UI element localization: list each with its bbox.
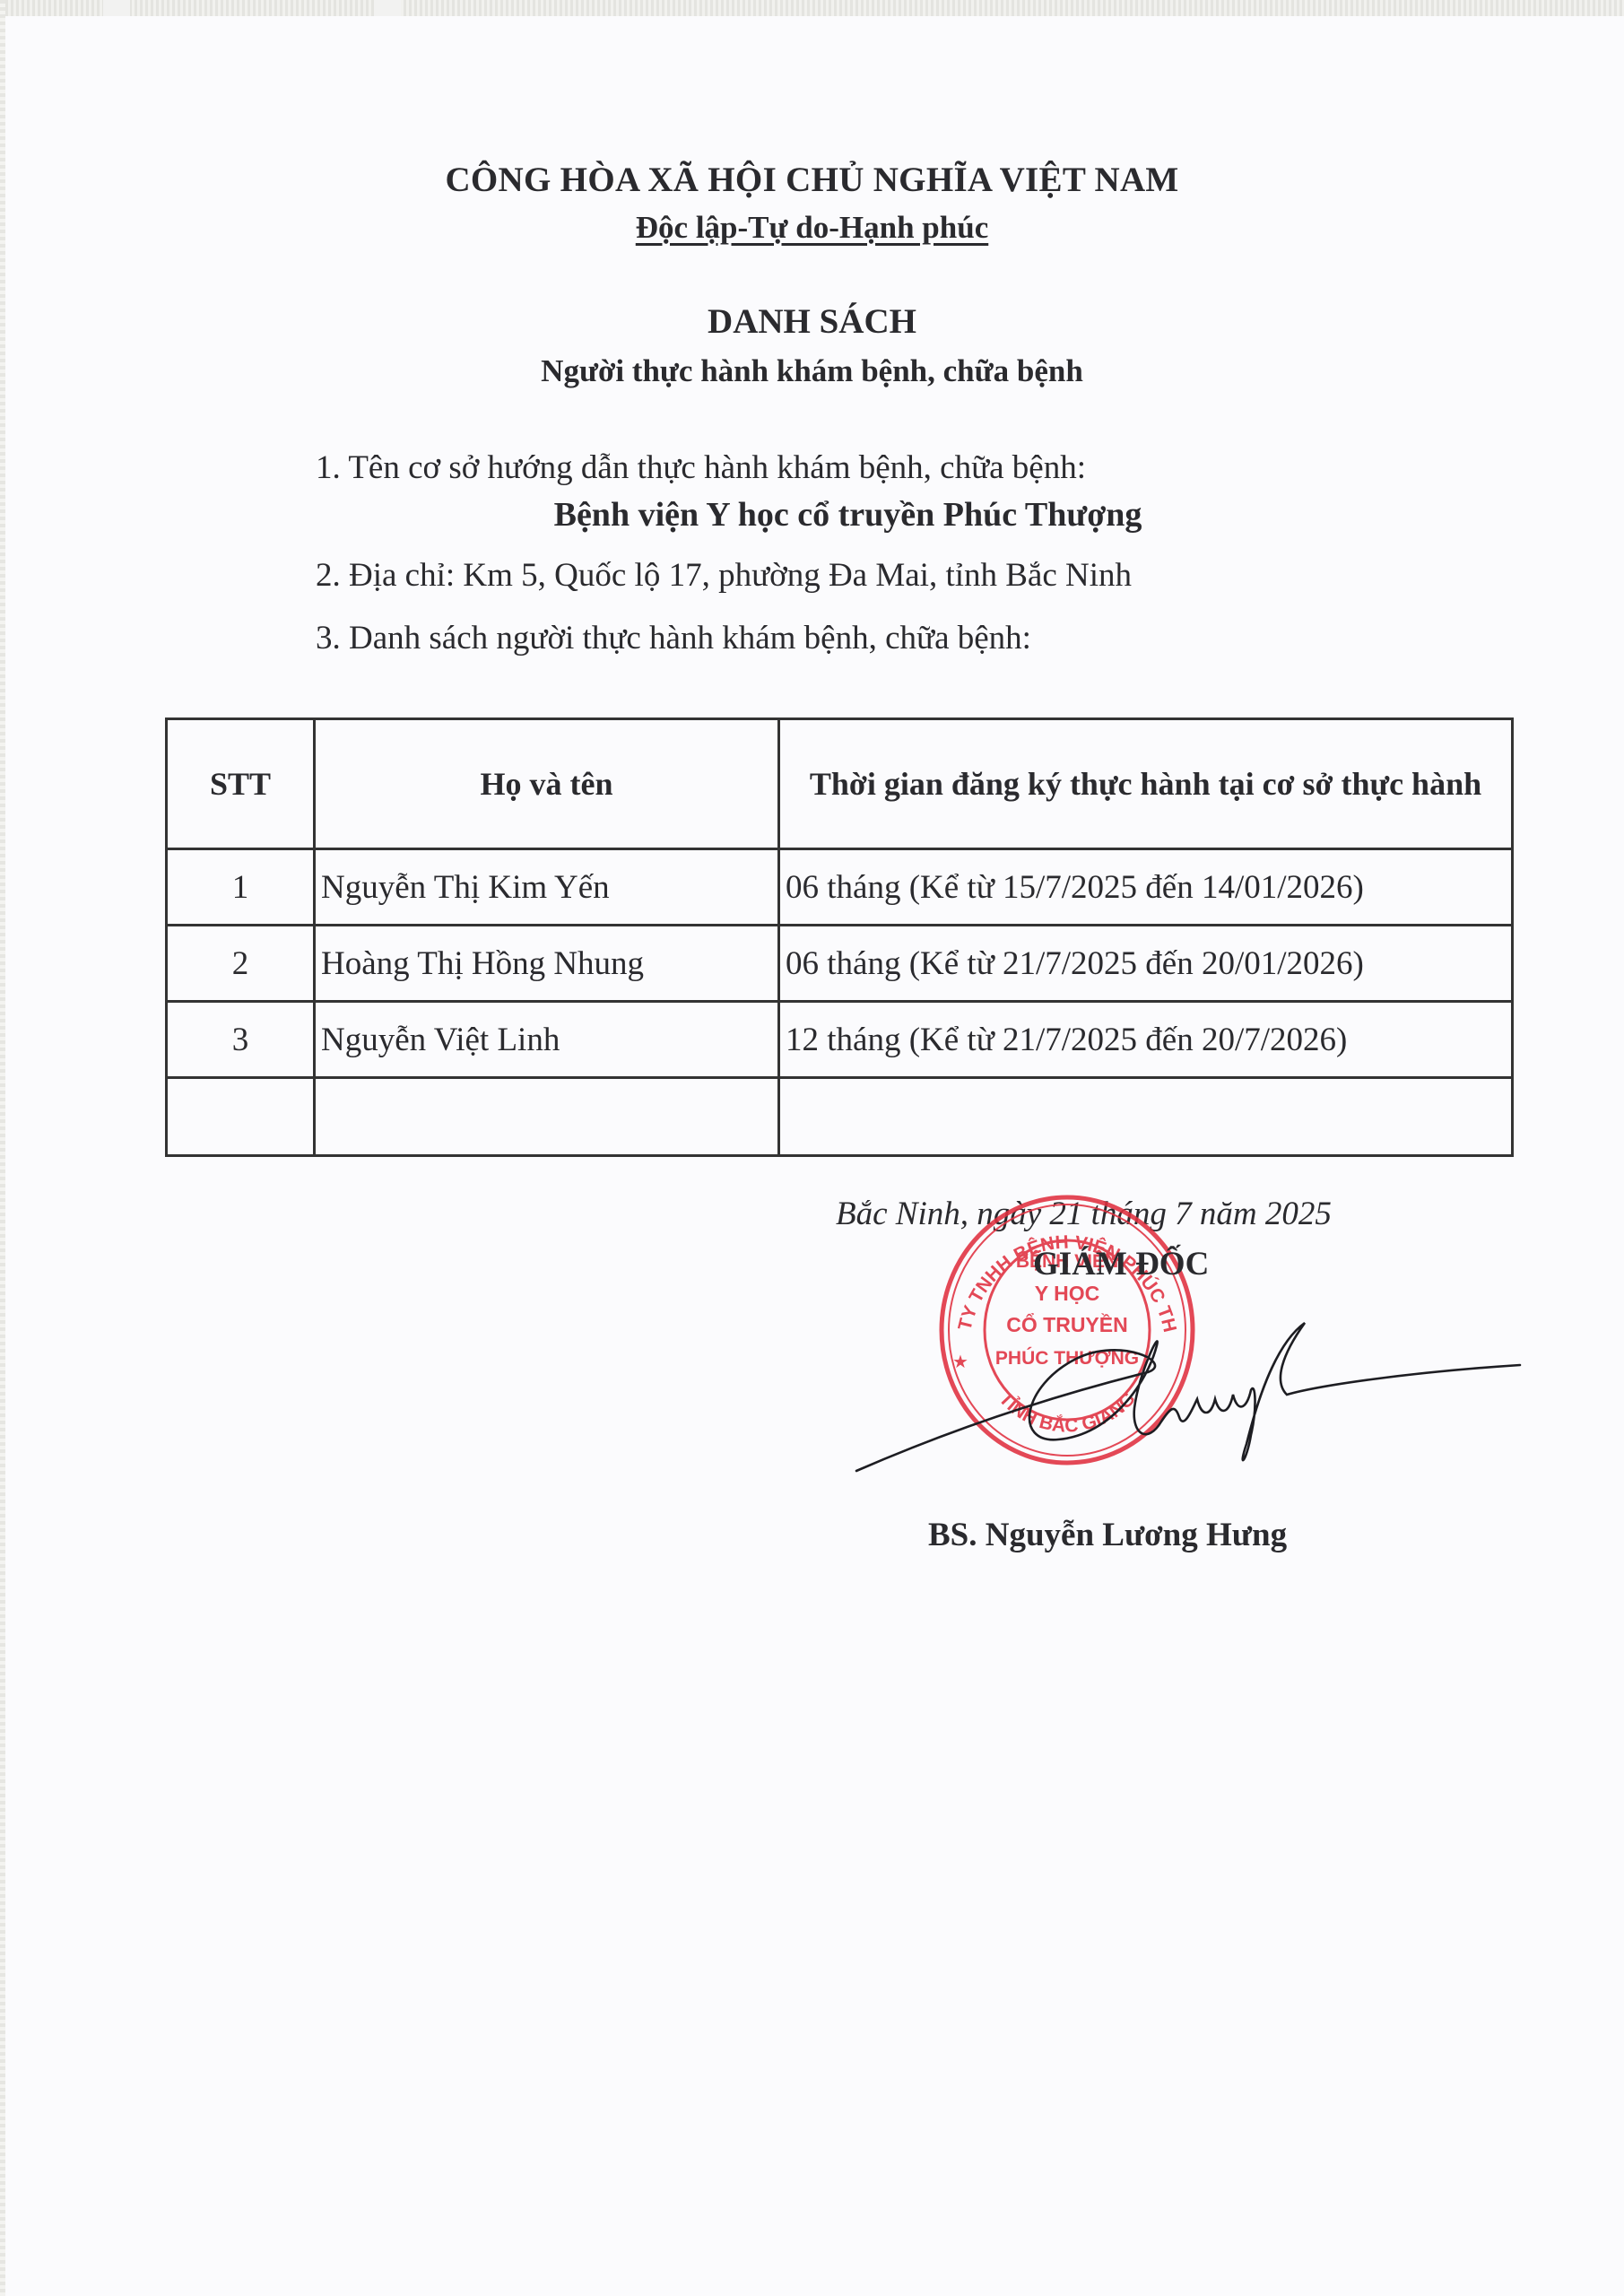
cell-period: 12 tháng (Kể từ 21/7/2025 đến 20/7/2026) bbox=[779, 1002, 1513, 1078]
cell-name bbox=[315, 1078, 779, 1156]
table-row: 1 Nguyễn Thị Kim Yến 06 tháng (Kể từ 15/… bbox=[167, 849, 1513, 926]
cell-name: Nguyễn Việt Linh bbox=[315, 1002, 779, 1078]
header-period: Thời gian đăng ký thực hành tại cơ sở th… bbox=[779, 719, 1513, 849]
scan-gap bbox=[103, 0, 130, 16]
facility-label: 1. Tên cơ sở hướng dẫn thực hành khám bệ… bbox=[316, 448, 1086, 487]
facility-address: 2. Địa chỉ: Km 5, Quốc lộ 17, phường Đa … bbox=[316, 556, 1132, 595]
cell-stt: 3 bbox=[167, 1002, 315, 1078]
cell-name: Nguyễn Thị Kim Yến bbox=[315, 849, 779, 926]
national-motto: Độc lập-Tự do-Hạnh phúc bbox=[0, 210, 1624, 246]
signer-title: GIÁM ĐỐC bbox=[1033, 1245, 1209, 1283]
roster-label: 3. Danh sách người thực hành khám bệnh, … bbox=[316, 619, 1031, 657]
cell-stt: 2 bbox=[167, 926, 315, 1002]
cell-period: 06 tháng (Kể từ 15/7/2025 đến 14/01/2026… bbox=[779, 849, 1513, 926]
cell-stt bbox=[167, 1078, 315, 1156]
header-stt: STT bbox=[167, 719, 315, 849]
document-title: DANH SÁCH bbox=[0, 301, 1624, 342]
table-row: 3 Nguyễn Việt Linh 12 tháng (Kể từ 21/7/… bbox=[167, 1002, 1513, 1078]
scan-border-top bbox=[0, 0, 1624, 16]
signature-icon bbox=[852, 1309, 1524, 1489]
motto-text: Độc lập-Tự do-Hạnh phúc bbox=[636, 210, 988, 245]
stamp-line: Y HỌC bbox=[1035, 1282, 1099, 1305]
signer-name: BS. Nguyễn Lương Hưng bbox=[928, 1516, 1287, 1554]
table-row-empty bbox=[167, 1078, 1513, 1156]
facility-name: Bệnh viện Y học cổ truyền Phúc Thượng bbox=[0, 495, 1624, 535]
scan-border-left bbox=[0, 0, 5, 2296]
scan-gap bbox=[374, 0, 401, 16]
cell-period bbox=[779, 1078, 1513, 1156]
national-title: CÔNG HÒA XÃ HỘI CHỦ NGHĨA VIỆT NAM bbox=[0, 160, 1624, 200]
cell-period: 06 tháng (Kể từ 21/7/2025 đến 20/01/2026… bbox=[779, 926, 1513, 1002]
document-subtitle: Người thực hành khám bệnh, chữa bệnh bbox=[0, 353, 1624, 389]
table-header-row: STT Họ và tên Thời gian đăng ký thực hàn… bbox=[167, 719, 1513, 849]
table-row: 2 Hoàng Thị Hồng Nhung 06 tháng (Kể từ 2… bbox=[167, 926, 1513, 1002]
cell-stt: 1 bbox=[167, 849, 315, 926]
cell-name: Hoàng Thị Hồng Nhung bbox=[315, 926, 779, 1002]
header-name: Họ và tên bbox=[315, 719, 779, 849]
practitioner-table: STT Họ và tên Thời gian đăng ký thực hàn… bbox=[165, 717, 1514, 1157]
